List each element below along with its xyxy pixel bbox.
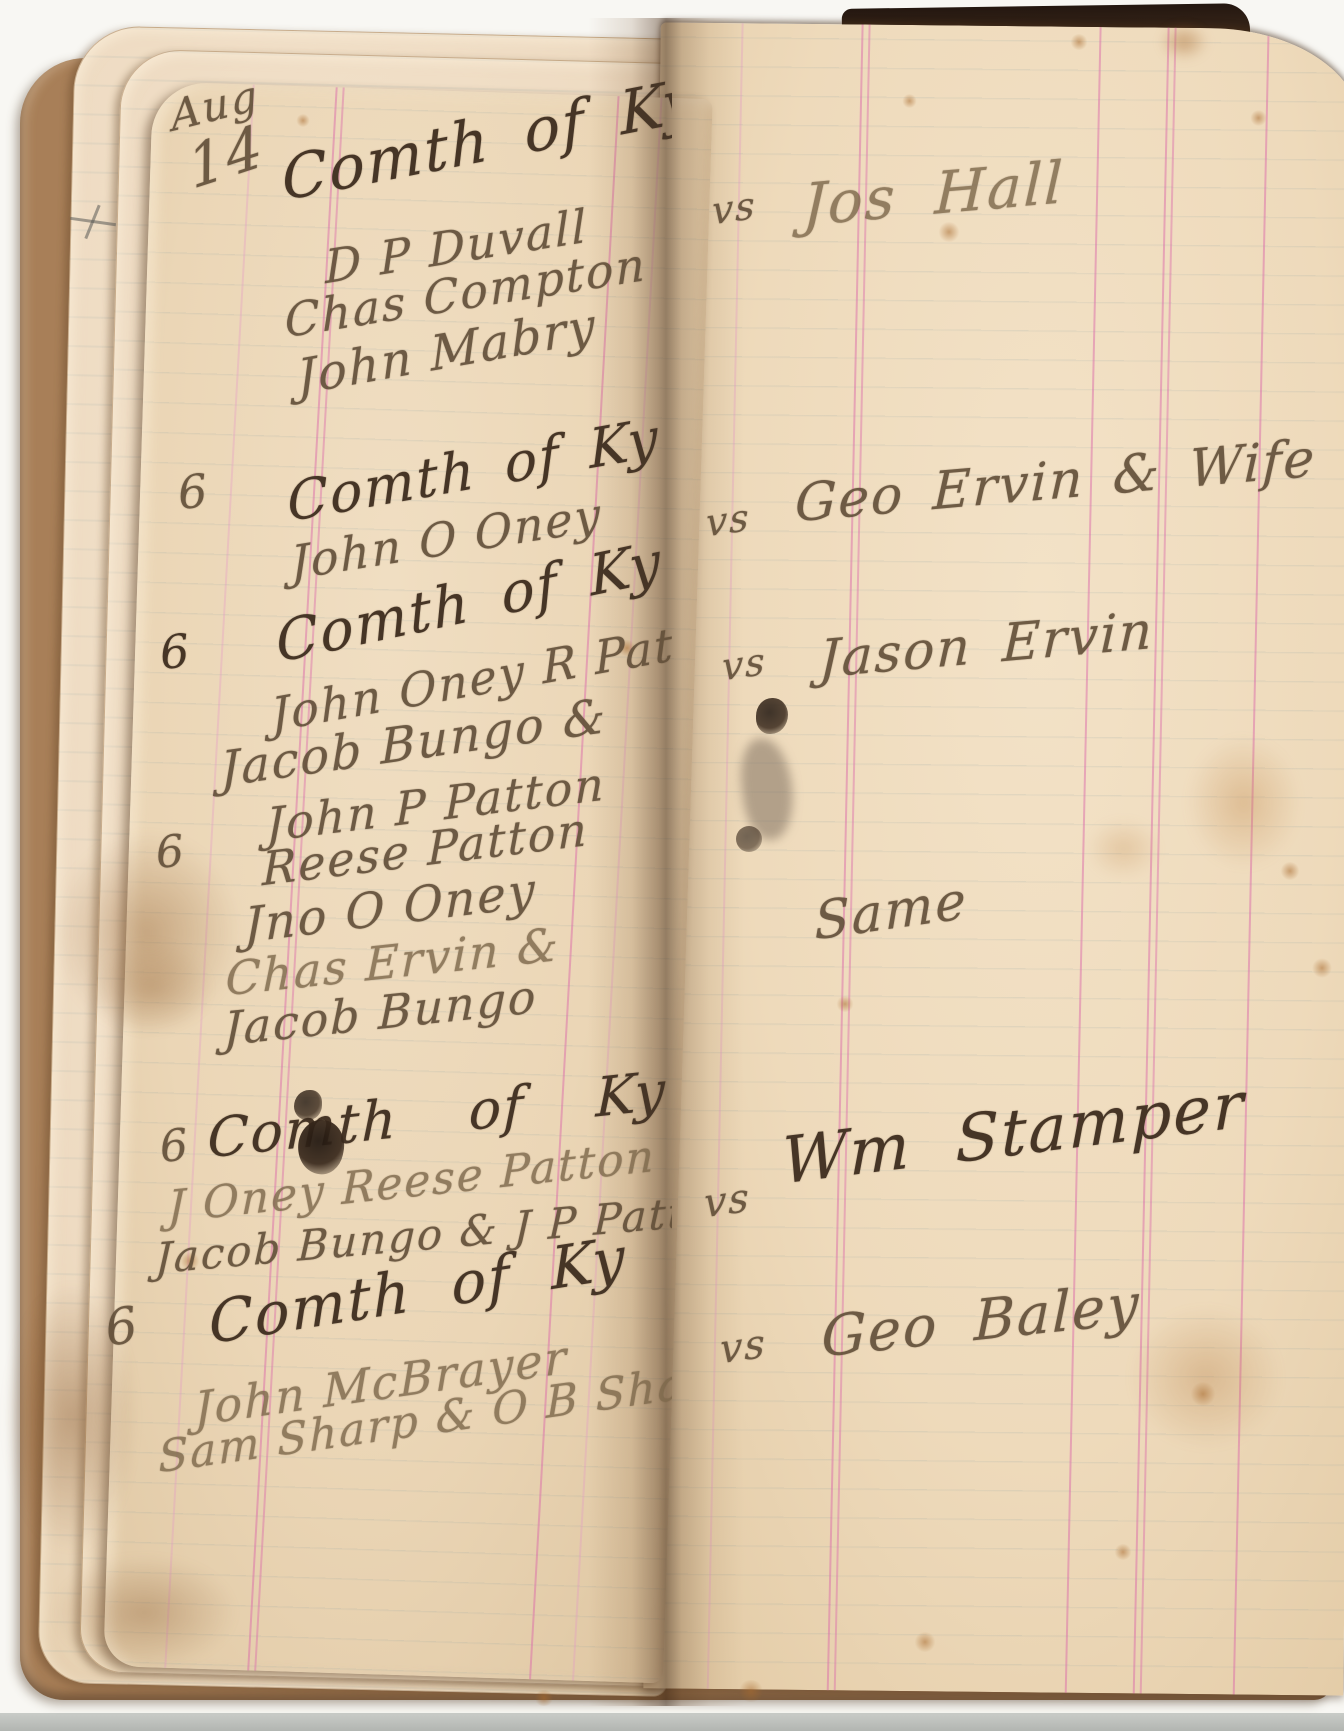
rule-line-vertical xyxy=(163,82,255,1684)
pencil-mark xyxy=(68,201,119,243)
scanned-ledger-photo: Aug 14 Comth of Ky D P Duvall Chas Compt… xyxy=(0,0,1344,1731)
rule-line-vertical xyxy=(528,86,620,1683)
rule-line-vertical xyxy=(706,22,744,1695)
rule-line-vertical xyxy=(1132,22,1170,1695)
ink-blot xyxy=(294,1090,322,1120)
right-page xyxy=(643,22,1344,1695)
rule-line-vertical xyxy=(1064,22,1102,1695)
rule-line-vertical xyxy=(1232,22,1270,1695)
ink-blot xyxy=(736,826,762,852)
rule-line-vertical xyxy=(571,88,663,1684)
scanner-bed-edge xyxy=(0,1713,1344,1731)
left-page xyxy=(103,82,713,1684)
rule-line-vertical xyxy=(246,82,338,1684)
rule-line-vertical xyxy=(826,22,864,1695)
